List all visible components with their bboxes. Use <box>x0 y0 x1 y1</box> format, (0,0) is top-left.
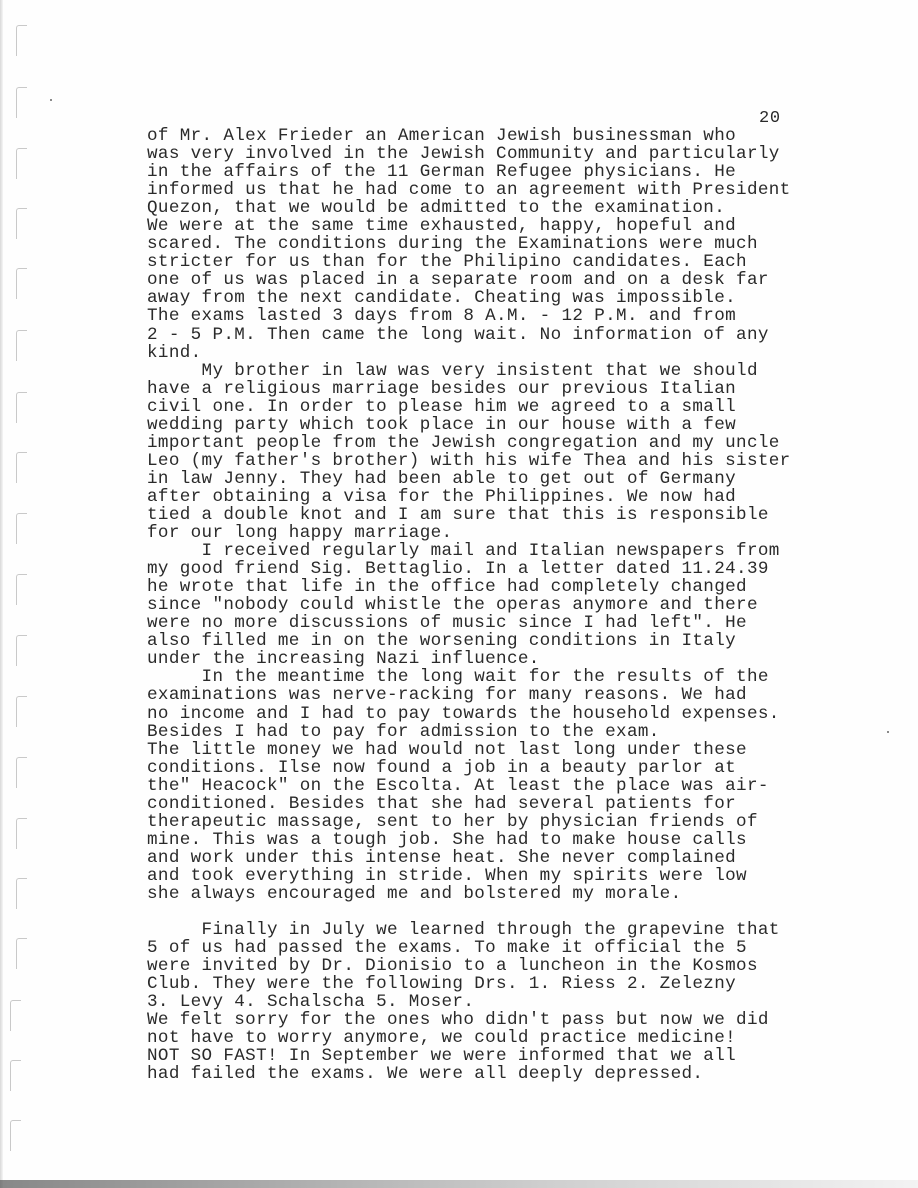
text-line: the" Heacock" on the Escolta. At least t… <box>147 777 847 795</box>
text-line: We felt sorry for the ones who didn't pa… <box>147 1011 847 1029</box>
text-line: for our long happy marriage. <box>147 524 847 542</box>
text-line: Quezon, that we would be admitted to the… <box>147 199 847 217</box>
text-line: had failed the exams. We were all deeply… <box>147 1065 847 1083</box>
text-line: mine. This was a tough job. She had to m… <box>147 831 847 849</box>
text-line: informed us that he had come to an agree… <box>147 181 847 199</box>
text-line: stricter for us than for the Philipino c… <box>147 253 847 271</box>
binder-mark <box>16 392 27 423</box>
text-line: examinations was nerve-racking for many … <box>147 686 847 704</box>
binder-mark <box>16 268 27 299</box>
text-line: after obtaining a visa for the Philippin… <box>147 488 847 506</box>
binder-mark <box>16 938 27 969</box>
text-line: conditions. Ilse now found a job in a be… <box>147 759 847 777</box>
text-line: Leo (my father's brother) with his wife … <box>147 452 847 470</box>
binder-mark <box>10 1060 21 1091</box>
text-line: civil one. In order to please him we agr… <box>147 398 847 416</box>
binder-mark <box>16 574 27 605</box>
text-line: We were at the same time exhausted, happ… <box>147 217 847 235</box>
paragraph: My brother in law was very insistent tha… <box>147 362 847 542</box>
paragraph: In the meantime the long wait for the re… <box>147 668 847 903</box>
text-line: Besides I had to pay for admission to th… <box>147 723 847 741</box>
text-line: were invited by Dr. Dionisio to a lunche… <box>147 957 847 975</box>
text-line: were no more discussions of music since … <box>147 614 847 632</box>
paper-speck <box>50 99 52 101</box>
text-line: Finally in July we learned through the g… <box>147 921 847 939</box>
text-line: Club. They were the following Drs. 1. Ri… <box>147 975 847 993</box>
text-line: not have to worry anymore, we could prac… <box>147 1029 847 1047</box>
text-line: of Mr. Alex Frieder an American Jewish b… <box>147 127 847 145</box>
text-line: one of us was placed in a separate room … <box>147 271 847 289</box>
text-line: my good friend Sig. Bettaglio. In a lett… <box>147 560 847 578</box>
text-line: NOT SO FAST! In September we were inform… <box>147 1047 847 1065</box>
text-line: also filled me in on the worsening condi… <box>147 632 847 650</box>
text-line: tied a double knot and I am sure that th… <box>147 506 847 524</box>
binder-mark <box>10 1000 21 1031</box>
binder-mark <box>10 1120 21 1151</box>
page-left-edge <box>0 0 3 1188</box>
text-line: conditioned. Besides that she had severa… <box>147 795 847 813</box>
typewritten-body: of Mr. Alex Frieder an American Jewish b… <box>147 127 847 1083</box>
binder-mark <box>16 696 27 727</box>
paragraph-gap <box>147 903 847 921</box>
page-number: 20 <box>759 110 781 128</box>
text-line: away from the next candidate. Cheating w… <box>147 289 847 307</box>
text-line: and work under this intense heat. She ne… <box>147 849 847 867</box>
binder-mark <box>16 330 27 361</box>
text-line: scared. The conditions during the Examin… <box>147 235 847 253</box>
text-line: I received regularly mail and Italian ne… <box>147 542 847 560</box>
text-line: The little money we had would not last l… <box>147 741 847 759</box>
text-line: in law Jenny. They had been able to get … <box>147 470 847 488</box>
binder-mark <box>16 513 27 544</box>
page-bottom-edge <box>0 1180 918 1188</box>
text-line: no income and I had to pay towards the h… <box>147 705 847 723</box>
text-line: The exams lasted 3 days from 8 A.M. - 12… <box>147 307 847 325</box>
document-page: 20 of Mr. Alex Frieder an American Jewis… <box>0 0 918 1188</box>
text-line: important people from the Jewish congreg… <box>147 434 847 452</box>
text-line: wedding party which took place in our ho… <box>147 416 847 434</box>
binder-mark <box>16 148 27 179</box>
binder-mark <box>16 818 27 849</box>
text-line: 3. Levy 4. Schalscha 5. Moser. <box>147 993 847 1011</box>
text-line: she always encouraged me and bolstered m… <box>147 885 847 903</box>
text-line: 2 - 5 P.M. Then came the long wait. No i… <box>147 326 847 344</box>
binder-mark <box>16 25 27 56</box>
text-line: under the increasing Nazi influence. <box>147 650 847 668</box>
text-line: in the affairs of the 11 German Refugee … <box>147 163 847 181</box>
text-line: My brother in law was very insistent tha… <box>147 362 847 380</box>
text-line: In the meantime the long wait for the re… <box>147 668 847 686</box>
text-line: therapeutic massage, sent to her by phys… <box>147 813 847 831</box>
text-line: have a religious marriage besides our pr… <box>147 380 847 398</box>
binder-mark <box>16 878 27 909</box>
text-line: 5 of us had passed the exams. To make it… <box>147 939 847 957</box>
paper-speck <box>887 731 889 733</box>
paragraph: of Mr. Alex Frieder an American Jewish b… <box>147 127 847 362</box>
text-line: since "nobody could whistle the operas a… <box>147 596 847 614</box>
text-line: kind. <box>147 344 847 362</box>
text-line: he wrote that life in the office had com… <box>147 578 847 596</box>
binder-mark <box>16 635 27 666</box>
text-line: was very involved in the Jewish Communit… <box>147 145 847 163</box>
binder-mark <box>16 452 27 483</box>
binder-mark <box>16 87 27 118</box>
binder-mark <box>16 757 27 788</box>
text-line: and took everything in stride. When my s… <box>147 867 847 885</box>
paragraph: Finally in July we learned through the g… <box>147 921 847 1083</box>
binder-mark <box>16 208 27 239</box>
paragraph: I received regularly mail and Italian ne… <box>147 542 847 668</box>
